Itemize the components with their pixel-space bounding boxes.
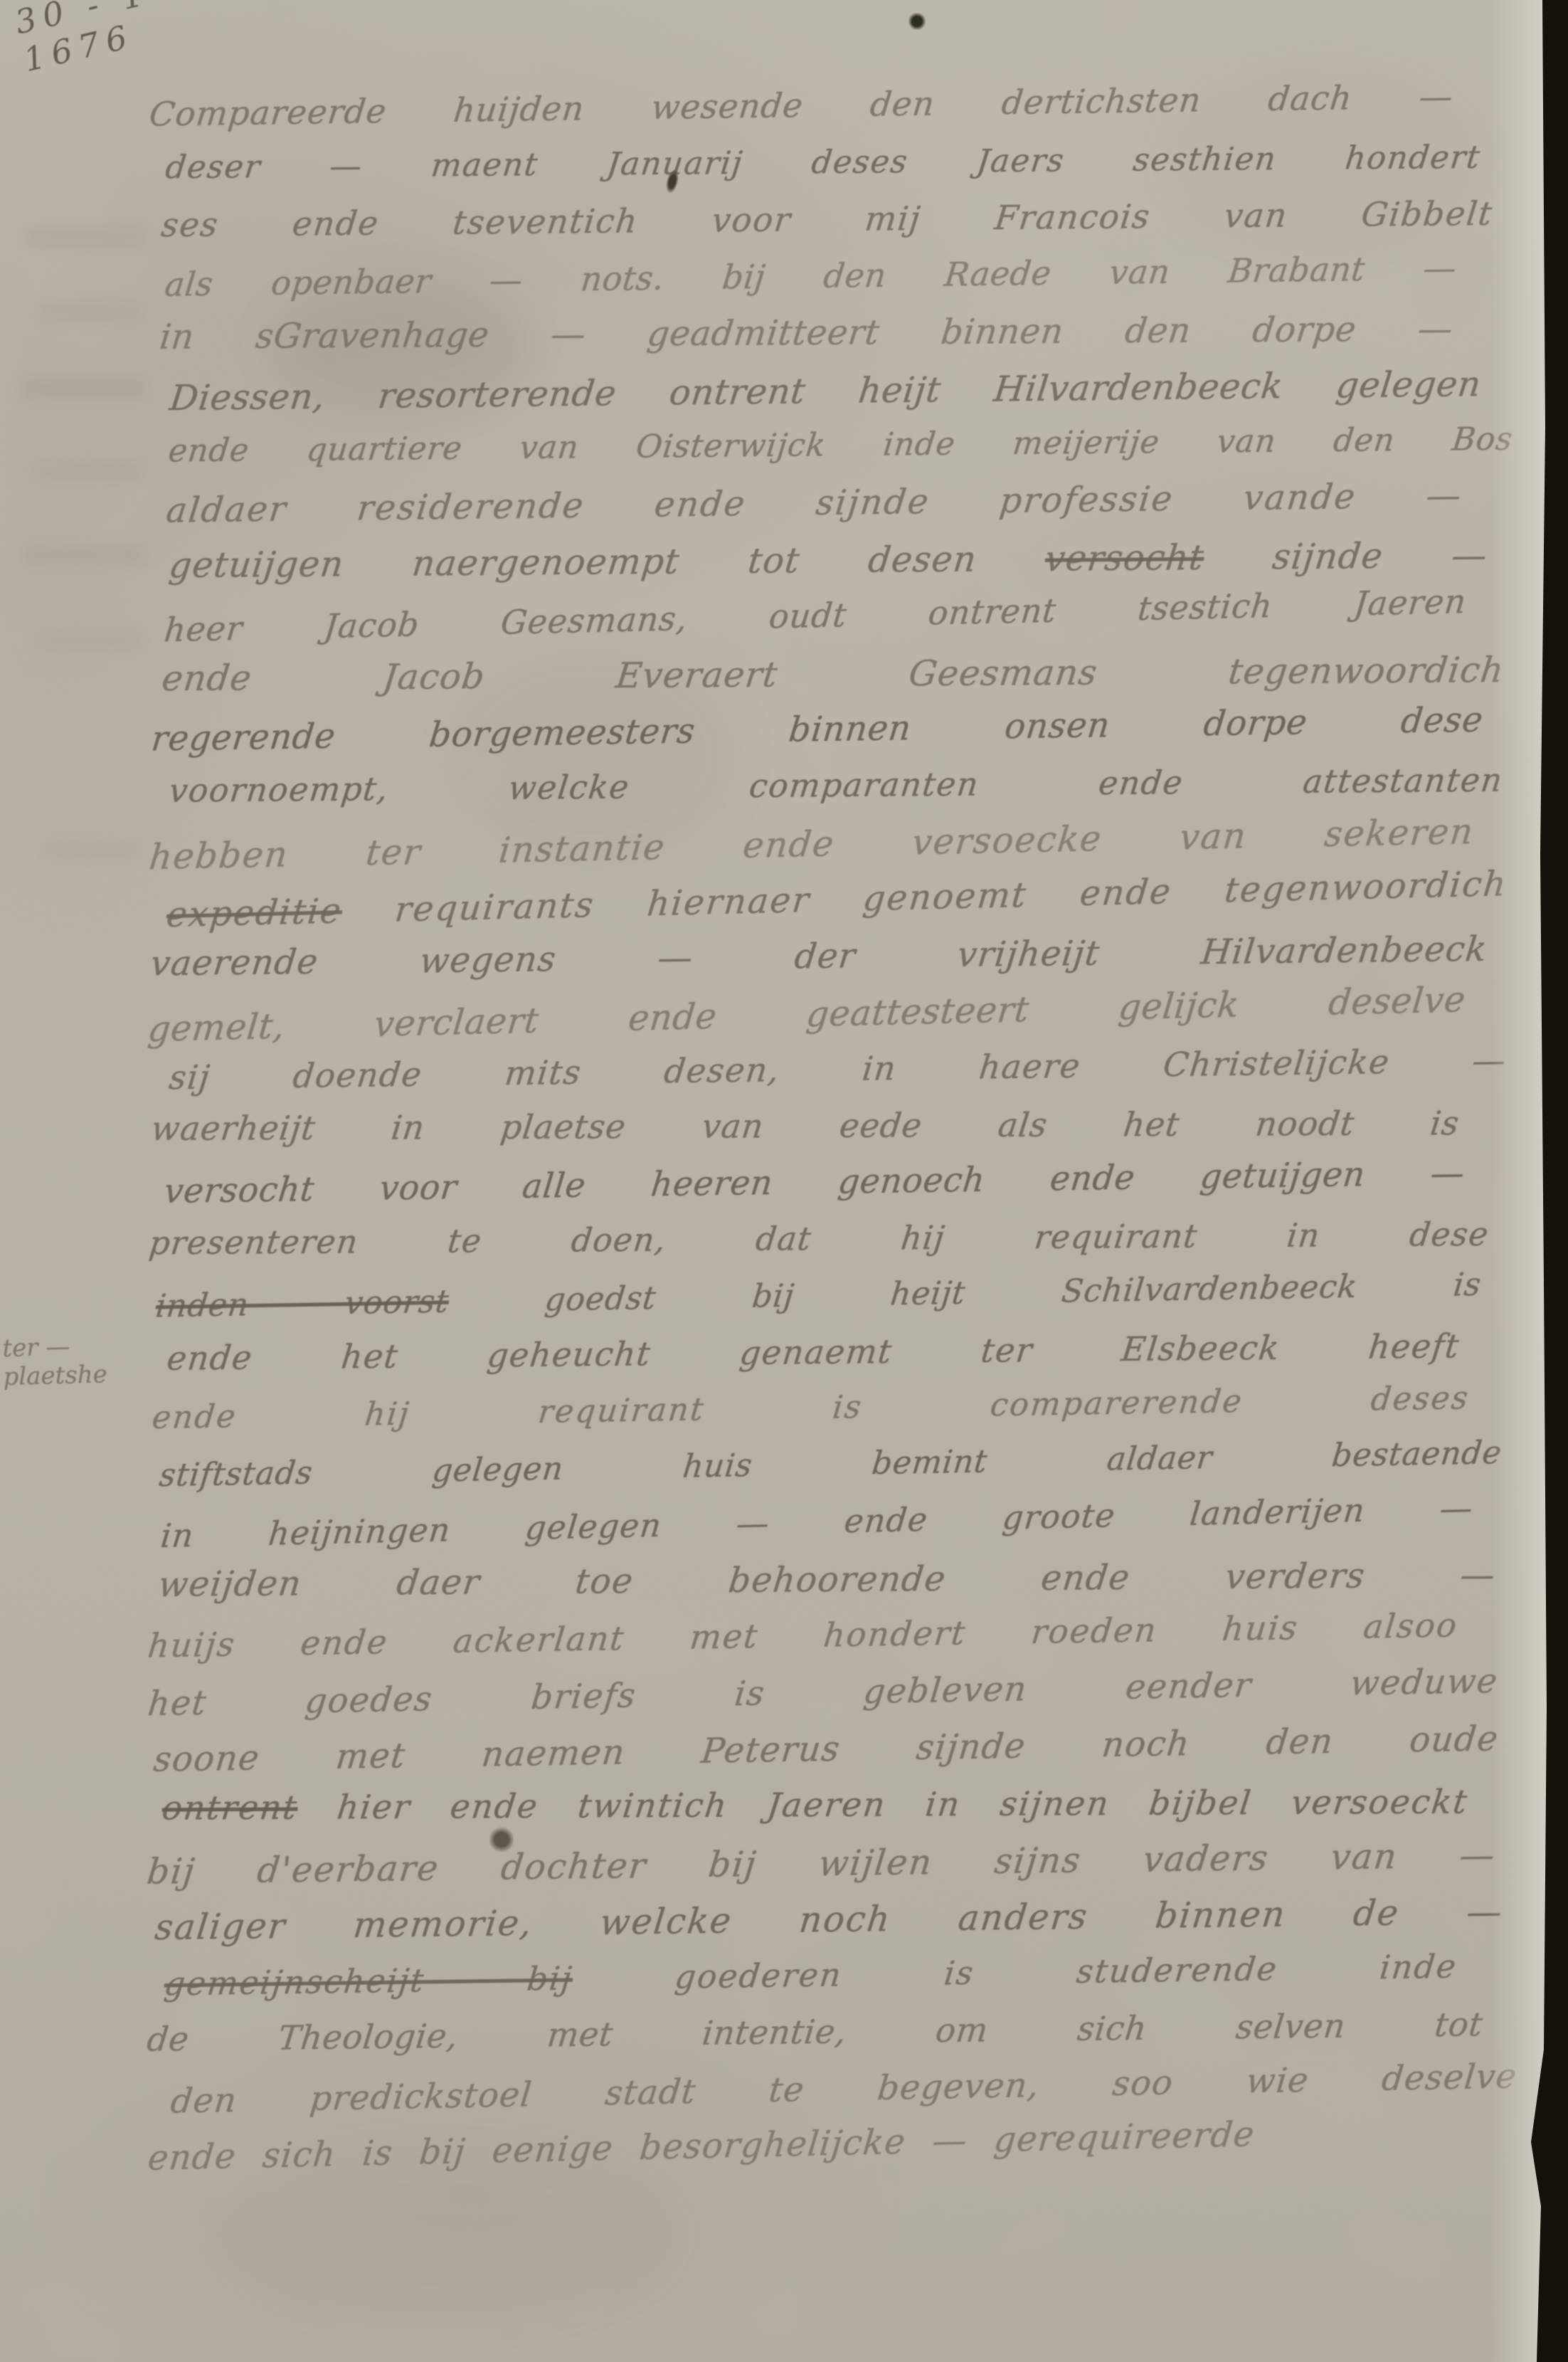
manuscript-line: Diessen, resorterende ontrent heijt Hilv… bbox=[168, 363, 1483, 418]
manuscript-line: huijs ende ackerlant met hondert roeden … bbox=[146, 1606, 1460, 1665]
struck-text: ontrent bbox=[159, 1789, 300, 1828]
manuscript-line: versocht voor alle heeren genoech ende g… bbox=[162, 1154, 1467, 1211]
manuscript-line: gemelt, verclaert ende geattesteert geli… bbox=[147, 979, 1468, 1050]
scanned-manuscript-page: 30 - 1 - 1676 Compareerde huijden wesend… bbox=[0, 0, 1568, 2362]
manuscript-line: aldaer residerende ende sijnde professie… bbox=[164, 476, 1465, 531]
manuscript-line: weijden daer toe behoorende ende verders… bbox=[156, 1555, 1498, 1604]
manuscript-line: als openbaer — nots. bij den Raede van B… bbox=[164, 248, 1459, 304]
manuscript-line: in sGravenhage — geadmitteert binnen den… bbox=[158, 310, 1455, 357]
margin-note: ter — plaetshe bbox=[2, 1330, 167, 1391]
manuscript-line: inden voorst goedst bij heijt Schilvarde… bbox=[154, 1265, 1483, 1324]
manuscript-line: het goedes briefs is gebleven eender wed… bbox=[146, 1662, 1500, 1724]
manuscript-line: ende hij requirant is comparerende deses bbox=[150, 1380, 1471, 1436]
manuscript-line: waerheijt in plaetse van eede als het no… bbox=[149, 1104, 1462, 1148]
manuscript-line: in heijningen gelegen — ende groote land… bbox=[159, 1489, 1475, 1555]
manuscript-text-block: Compareerde huijden wesende den dertichs… bbox=[0, 0, 1568, 2362]
manuscript-line: Compareerde huijden wesende den dertichs… bbox=[147, 78, 1455, 134]
manuscript-line: ende quartiere van Oisterwijck inde meij… bbox=[166, 421, 1515, 469]
manuscript-line: voornoempt, welcke comparanten ende atte… bbox=[167, 761, 1505, 810]
manuscript-line: den predickstoel stadt te begeven, soo w… bbox=[169, 2057, 1519, 2121]
struck-text: versocht bbox=[1043, 537, 1207, 579]
manuscript-line: sij doende mits desen, in haere Christel… bbox=[167, 1041, 1509, 1097]
manuscript-line: regerende borgemeesters binnen onsen dor… bbox=[149, 700, 1485, 759]
struck-text: inden voorst bbox=[154, 1282, 451, 1324]
manuscript-line: hebben ter instantie ende versoecke van … bbox=[147, 811, 1476, 877]
manuscript-line: presenteren te doen, dat hij requirant i… bbox=[147, 1216, 1491, 1262]
manuscript-line: vaerende wegens — der vrijheijt Hilvarde… bbox=[149, 929, 1490, 984]
manuscript-line: ende het geheucht genaemt ter Elsbeeck h… bbox=[165, 1327, 1462, 1377]
manuscript-line: getuijgen naergenoempt tot desen versoch… bbox=[167, 535, 1490, 586]
manuscript-line: ses ende tseventich voor mij Francois va… bbox=[159, 194, 1495, 244]
manuscript-line: gemeijnscheijt bij goederen is studerend… bbox=[163, 1947, 1460, 2003]
struck-text: gemeijnscheijt bij bbox=[163, 1959, 576, 2003]
manuscript-line: soone met naemen Peterus sijnde noch den… bbox=[152, 1719, 1500, 1780]
manuscript-line: expeditie requirants hiernaer genoemt en… bbox=[165, 864, 1510, 935]
manuscript-line: bij d'eerbare dochter bij wijlen sijns v… bbox=[145, 1835, 1498, 1892]
manuscript-line: ende sich is bij eenige besorghelijcke —… bbox=[146, 2114, 1256, 2178]
manuscript-line: deser — maent Januarij deses Jaers sesth… bbox=[164, 138, 1483, 186]
manuscript-line: ontrent hier ende twintich Jaeren in sij… bbox=[159, 1783, 1470, 1828]
manuscript-line: de Theologie, met intentie, om sich selv… bbox=[145, 2005, 1485, 2059]
manuscript-line: ende Jacob Everaert Geesmans tegenwoordi… bbox=[160, 649, 1507, 699]
manuscript-line: saliger memorie, welcke noch anders binn… bbox=[153, 1892, 1505, 1948]
struck-text: expeditie bbox=[165, 892, 344, 936]
manuscript-line: heer Jacob Geesmans, oudt ontrent tsesti… bbox=[163, 582, 1468, 649]
manuscript-line: stiftstads gelegen huis bemint aldaer be… bbox=[158, 1435, 1504, 1494]
